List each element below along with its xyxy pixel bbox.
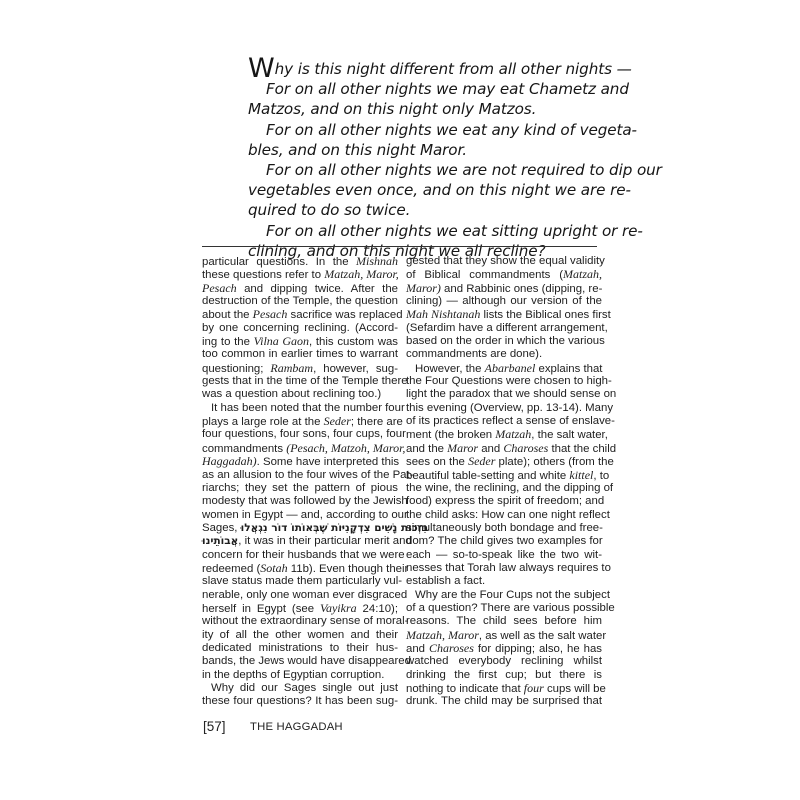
commentary-line: gests that in the time of the Temple the… [202,375,398,388]
commentary-line: reasons. The child sees before him [406,615,602,628]
commentary-line: Matzah, Maror, as well as the salt water [406,629,602,642]
book-page: Why is this night different from all oth… [0,0,800,800]
commentary-line: destruction of the Temple, the question [202,295,398,308]
commentary-line: ity of all the other women and their [202,629,398,642]
commentary-line: four questions, four sons, four cups, fo… [202,428,398,441]
commentary-line: the wine, the reclining, and the dipping… [406,482,602,495]
section-divider-rule [202,246,597,247]
question-line: Matzos, and on this night only Matzos. [248,99,600,119]
four-questions-block: Why is this night different from all oth… [248,59,600,261]
commentary-line: the Four Questions were chosen to high- [406,375,602,388]
commentary-line: sees on the Seder plate); others (from t… [406,455,602,468]
commentary-line: was a question about reclining too.) [202,388,398,401]
commentary-line: of a question? There are various possibl… [406,602,602,615]
commentary-line: these questions refer to Matzah, Maror, [202,268,398,281]
commentary-line: without the extraordinary sense of moral… [202,615,398,628]
commentary-line: gested that they show the equal validity [406,255,602,268]
commentary-line: and Charoses for dipping; also, he has [406,642,602,655]
commentary-line: this evening (Overview, pp. 13-14). Many [406,402,602,415]
commentary-line: each — so-to-speak like the two wit- [406,549,602,562]
running-head-title: THE HAGGADAH [250,721,343,733]
commentary-line: drinking the first cup; but there is [406,669,602,682]
commentary-line: It has been noted that the number four [202,402,398,415]
commentary-line: commandments (Pesach, Matzoh, Maror, [202,442,398,455]
commentary-line: commandments are done). [406,348,602,361]
commentary-line: concern for their husbands that we were [202,549,398,562]
commentary-line: (Sefardim have a different arrangement, [406,322,602,335]
question-line: vegetables even once, and on this night … [248,180,600,200]
commentary-line: questioning; Rambam, however, sug- [202,362,398,375]
commentary-line: by one concerning reclining. (Accord- [202,322,398,335]
commentary-line: in the depths of Egyptian corruption. [202,669,398,682]
commentary-line: slave status made them particularly vul- [202,575,398,588]
commentary-line: Pesach and dipping twice. After the [202,282,398,295]
commentary-line: plays a large role at the Seder; there a… [202,415,398,428]
commentary-line: clining) — although our version of the [406,295,602,308]
commentary-line: based on the order in which the various [406,335,602,348]
commentary-line: particular questions. In the Mishnah [202,255,398,268]
commentary-line: watched everybody reclining whilst [406,655,602,668]
commentary-line: light the paradox that we should sense o… [406,388,602,401]
commentary-line: as an allusion to the four wives of the … [202,469,398,482]
commentary-line: establish a fact. [406,575,602,588]
commentary-line: nerable, only one woman ever disgraced [202,589,398,602]
commentary-line: modesty that was followed by the Jewish [202,495,398,508]
commentary-line: about the Pesach sacrifice was replaced [202,308,398,321]
commentary-line: redeemed (Sotah 11b). Even though their [202,562,398,575]
commentary-line: bands, the Jews would have disappeared [202,655,398,668]
commentary-line: simultaneously both bondage and free- [406,522,602,535]
commentary-line: ment (the broken Matzah, the salt water, [406,428,602,441]
page-number: [57] [203,719,226,734]
commentary-left-column: particular questions. In the Mishnahthes… [202,255,398,709]
commentary-line: these four questions? It has been sug- [202,695,398,708]
question-line: For on all other nights we eat sitting u… [248,221,600,241]
commentary-line: dom? The child gives two examples for [406,535,602,548]
commentary-line: herself in Egypt (see Vayikra 24:10); [202,602,398,615]
commentary-line: and the Maror and Charoses that the chil… [406,442,602,455]
commentary-line: the child asks: How can one night reflec… [406,509,602,522]
commentary-line: Maror) and Rabbinic ones (dipping, re- [406,282,602,295]
commentary-line: Mah Nishtanah lists the Biblical ones fi… [406,308,602,321]
question-line: For on all other nights we may eat Chame… [248,79,600,99]
question-line: For on all other nights we eat any kind … [248,120,600,140]
commentary-line: nesses that Torah law always requires to [406,562,602,575]
question-line: Why is this night different from all oth… [248,59,600,79]
commentary-line: of Biblical commandments (Matzah, [406,268,602,281]
commentary-line: Why did our Sages single out just [202,682,398,695]
commentary-line: beautiful table-setting and white kittel… [406,469,602,482]
question-line: For on all other nights we are not requi… [248,160,600,180]
commentary-line: women in Egypt — and, according to our [202,509,398,522]
commentary-line: nothing to indicate that four cups will … [406,682,602,695]
commentary-line: drunk. The child may be surprised that [406,695,602,708]
commentary-line: of its practices reflect a sense of ensl… [406,415,602,428]
commentary-right-column: gested that they show the equal validity… [406,255,602,709]
commentary-line: riarchs; they set the pattern of pious [202,482,398,495]
commentary-line: ing to the Vilna Gaon, this custom was [202,335,398,348]
commentary-line: Sages, בִּזְכוּת נָשִׁים צִדְקָנִיּוֹת ש… [202,522,398,535]
commentary-line: too common in earlier times to warrant [202,348,398,361]
commentary-line: dedicated ministrations to their hus- [202,642,398,655]
commentary-line: Haggadah). Some have interpreted this [202,455,398,468]
commentary-line: food) express the spirit of freedom; and [406,495,602,508]
question-line: bles, and on this night Maror. [248,140,600,160]
commentary-line: Why are the Four Cups not the subject [406,589,602,602]
commentary-line: אֲבוֹתֵינוּ, it was in their particular … [202,535,398,548]
commentary-line: However, the Abarbanel explains that [406,362,602,375]
question-line: quired to do so twice. [248,200,600,220]
